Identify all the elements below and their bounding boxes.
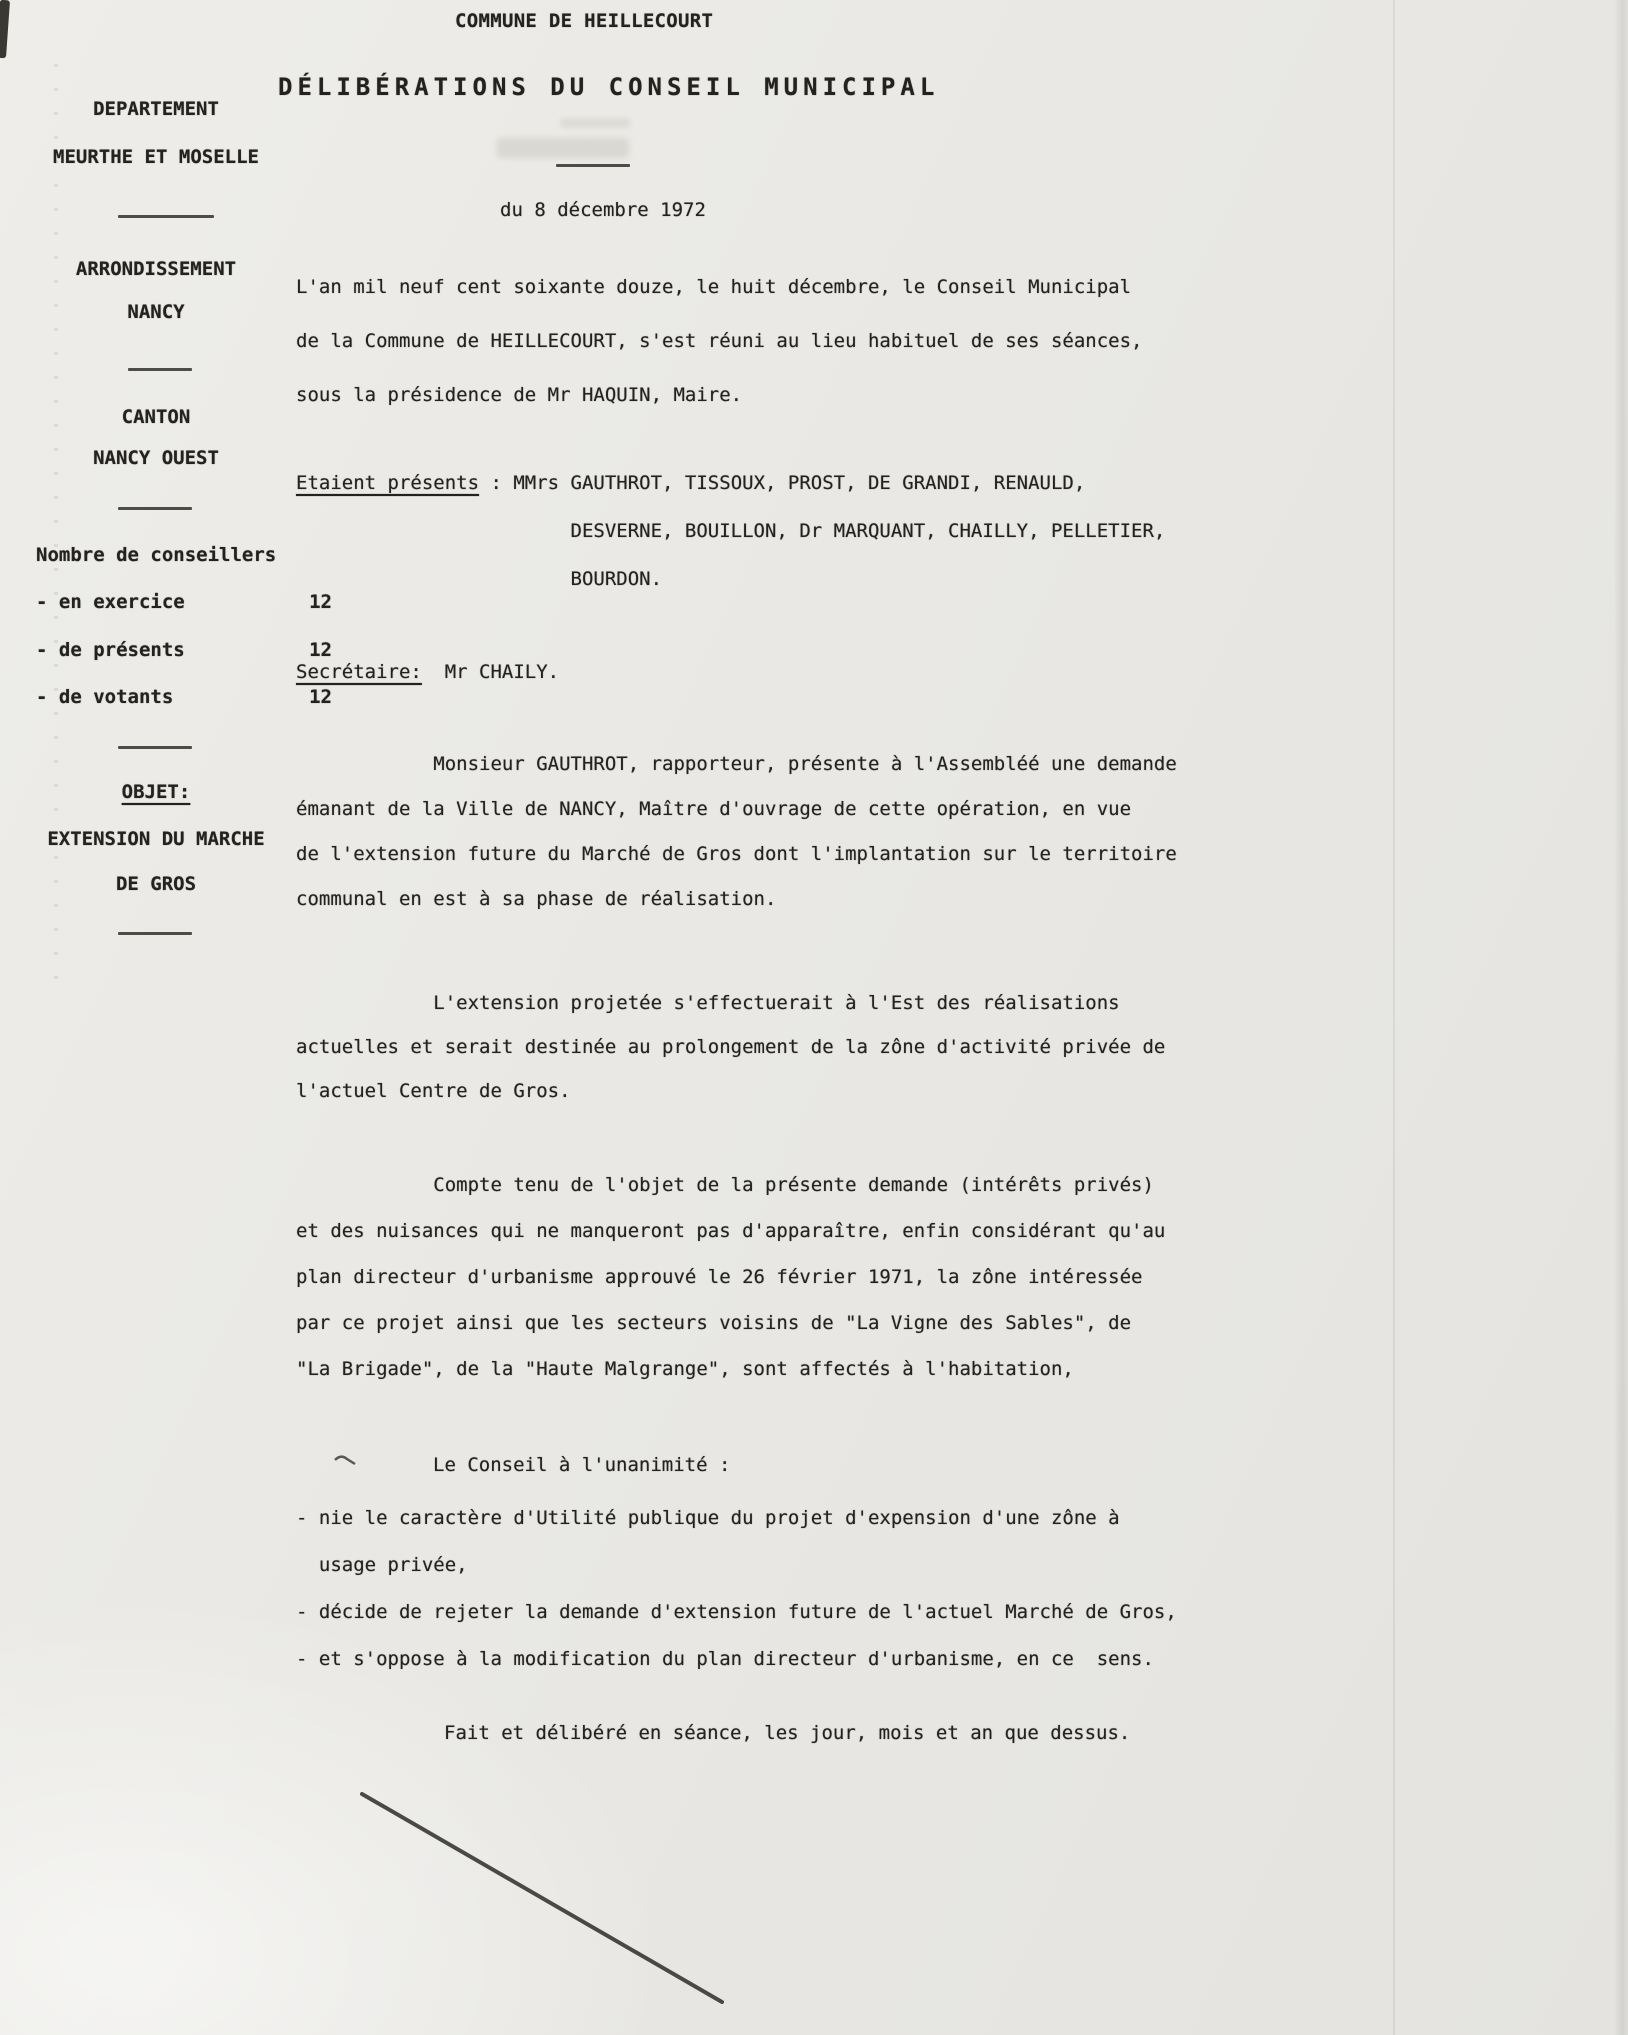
page-title: DÉLIBÉRATIONS DU CONSEIL MUNICIPAL — [278, 70, 939, 104]
count-label: - de votants — [36, 686, 173, 708]
sidebar-divider — [118, 932, 192, 935]
arrondissement-label: ARRONDISSEMENT — [18, 258, 294, 280]
left-perforation-dots — [54, 64, 58, 994]
paragraph-3: Compte tenu de l'objet de la présente de… — [296, 1162, 1165, 1392]
commune-heading: COMMUNE DE HEILLECOURT — [455, 7, 713, 35]
sidebar-divider — [118, 507, 192, 510]
objet-value-line1: EXTENSION DU MARCHE — [18, 828, 294, 850]
secretary-name: Mr CHAILY. — [422, 661, 559, 683]
councillor-counts-title: Nombre de conseillers — [36, 544, 276, 566]
sidebar-divider — [118, 215, 214, 218]
paragraph-1: Monsieur GAUTHROT, rapporteur, présente … — [296, 742, 1177, 922]
stamp-smudge-small — [560, 118, 630, 128]
stamp-smudge — [497, 138, 629, 158]
secretary-label: Secrétaire: — [296, 661, 422, 683]
objet-label-wrap: OBJET: — [18, 781, 294, 803]
intro-paragraph: L'an mil neuf cent soixante douze, le hu… — [296, 260, 1142, 422]
resolutions-list: - nie le caractère d'Utilité publique du… — [296, 1495, 1177, 1683]
count-value: 12 — [309, 686, 332, 708]
attendees-line: Etaient présents : MMrs GAUTHROT, TISSOU… — [296, 459, 1085, 507]
secretary-line: Secrétaire: Mr CHAILY. — [296, 658, 559, 686]
scan-corner-mark — [0, 0, 10, 58]
sidebar-divider — [118, 746, 192, 749]
canton-value: NANCY OUEST — [18, 447, 294, 469]
count-row: - de votants 12 — [36, 686, 332, 708]
count-label: - en exercice — [36, 591, 185, 613]
council-decision-line: Le Conseil à l'unanimité : — [433, 1451, 730, 1479]
departement-label: DEPARTEMENT — [18, 98, 294, 120]
attendees-names: : MMrs GAUTHROT, TISSOUX, PROST, DE GRAN… — [479, 472, 1085, 494]
departement-value: MEURTHE ET MOSELLE — [18, 146, 294, 168]
session-date: du 8 décembre 1972 — [500, 196, 706, 224]
paper-fold-line — [1393, 0, 1395, 2035]
stray-pen-mark — [332, 1450, 358, 1468]
objet-label: OBJET: — [122, 781, 191, 803]
count-row: - de présents 12 — [36, 639, 332, 661]
count-row: - en exercice 12 — [36, 591, 332, 613]
attendees-label: Etaient présents — [296, 472, 479, 494]
signature-stroke — [350, 1780, 750, 2020]
right-edge-shade — [1614, 0, 1628, 2035]
closing-line: Fait et délibéré en séance, les jour, mo… — [444, 1719, 1130, 1747]
attendees-continuation: DESVERNE, BOUILLON, Dr MARQUANT, CHAILLY… — [296, 507, 1165, 603]
count-label: - de présents — [36, 639, 185, 661]
sidebar-divider — [128, 368, 192, 371]
arrondissement-value: NANCY — [18, 301, 294, 323]
document-page: COMMUNE DE HEILLECOURT DÉLIBÉRATIONS DU … — [0, 0, 1628, 2035]
title-underline — [556, 164, 630, 167]
canton-label: CANTON — [18, 406, 294, 428]
objet-value-line2: DE GROS — [18, 873, 294, 895]
paragraph-2: L'extension projetée s'effectuerait à l'… — [296, 981, 1165, 1113]
